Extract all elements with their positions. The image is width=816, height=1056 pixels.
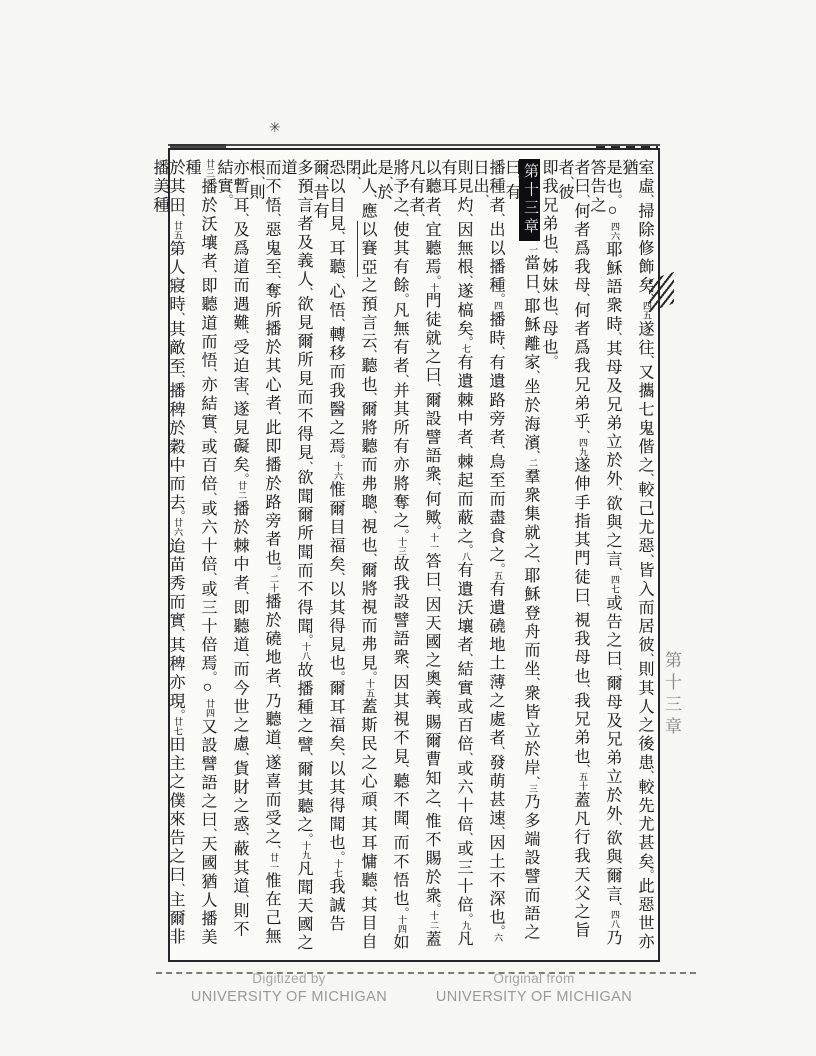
punctuation-mark: 。 bbox=[301, 833, 313, 839]
text-column-1: 室虛、掃除修飾矣、四五遂往、又攜七鬼偕之、較己尤惡、皆入而居彼、則其人之後患、較… bbox=[620, 159, 652, 953]
punctuation-mark: 、 bbox=[528, 776, 540, 782]
punctuation-mark: 。 bbox=[333, 454, 345, 460]
punctuation-mark: 、 bbox=[397, 213, 409, 219]
verse-number: 廿七 bbox=[173, 717, 183, 736]
punctuation-mark: 、 bbox=[642, 194, 654, 200]
verse-number: 廿六 bbox=[173, 518, 183, 537]
punctuation-mark: 、 bbox=[365, 888, 377, 894]
proper-name-mark: 以賽亞 bbox=[357, 221, 376, 277]
punctuation-mark: 。 bbox=[493, 293, 505, 299]
verse-number: 四七 bbox=[610, 575, 620, 594]
punctuation-mark: 。 bbox=[237, 473, 249, 479]
punctuation-mark: 、 bbox=[173, 883, 185, 889]
punctuation-mark: 。 bbox=[333, 671, 345, 677]
verse-number: 十四 bbox=[397, 915, 407, 934]
punctuation-mark: 、 bbox=[397, 826, 409, 832]
digitized-by-label: Digitized by bbox=[158, 971, 420, 986]
punctuation-mark: 。 bbox=[461, 336, 473, 342]
punctuation-mark: 、 bbox=[578, 764, 590, 770]
verse-number: 四九 bbox=[578, 438, 588, 457]
text-column-5: 第十三章一當日、耶穌離家、坐於海濱、二羣衆集就之、耶穌登舟而坐、衆皆立於岸、三乃… bbox=[503, 159, 540, 953]
verse-number: 廿一 bbox=[269, 853, 279, 872]
punctuation-mark: 。 bbox=[397, 907, 409, 913]
punctuation-mark: 、 bbox=[301, 287, 313, 293]
text-column-16: 於其田、廿五第人寢時、其敵至、播稗於穀中而去。廿六迨苗秀而實、其稗亦現。廿七田主… bbox=[151, 159, 183, 953]
punctuation-mark: 、 bbox=[493, 346, 505, 352]
punctuation-mark: 、 bbox=[333, 752, 345, 758]
verse-number: 七 bbox=[461, 344, 471, 354]
punctuation-mark: 、 bbox=[493, 445, 505, 451]
verse-number: 十五 bbox=[365, 679, 375, 698]
punctuation-mark: 、 bbox=[237, 213, 249, 219]
punctuation-mark: 、 bbox=[365, 808, 377, 814]
punctuation-mark: 。 bbox=[429, 903, 441, 909]
punctuation-mark: 、 bbox=[173, 628, 185, 634]
punctuation-mark: 、 bbox=[237, 591, 249, 597]
punctuation-mark: 、 bbox=[461, 213, 473, 219]
text-column-13: 而不悟、惡鬼至、奪所播於其心者、此即播於路旁者也。二十播於磽地者、乃聽道、遂喜而… bbox=[247, 159, 279, 953]
punctuation-mark: 、 bbox=[365, 510, 377, 516]
punctuation-mark: 、 bbox=[461, 275, 473, 281]
punctuation-mark: 、 bbox=[493, 826, 505, 832]
text-column-6: 播種者、出以播種。四播時、有遺路旁者、鳥至而盡食之。五有遺磽地土薄之處者、發萌甚… bbox=[471, 159, 503, 953]
punctuation-mark: 、 bbox=[461, 752, 473, 758]
punctuation-mark: 、 bbox=[610, 822, 622, 828]
verse-number: 十七 bbox=[333, 859, 343, 878]
punctuation-mark: 、 bbox=[642, 770, 654, 776]
punctuation-mark: 、 bbox=[578, 194, 590, 200]
punctuation-mark: 、 bbox=[528, 559, 540, 565]
punctuation-mark: 、 bbox=[397, 764, 409, 770]
punctuation-mark: 。 bbox=[546, 355, 558, 361]
footer-digitized-stamp: Digitized by UNIVERSITY OF MICHIGAN bbox=[158, 971, 420, 1005]
verse-number: 十九 bbox=[301, 841, 311, 860]
punctuation-mark: 、 bbox=[413, 213, 425, 219]
punctuation-mark: 、 bbox=[173, 312, 185, 318]
punctuation-mark: 、 bbox=[610, 332, 622, 338]
punctuation-mark: 、 bbox=[429, 482, 441, 488]
punctuation-mark: 、 bbox=[562, 176, 574, 182]
text-column-10: 此人、應以賽亞之預言云、聽也、爾將聽而弗聰、視也、爾將視而弗見。十五蓋斯民之心頑… bbox=[343, 159, 375, 953]
verse-number: 二 bbox=[528, 458, 538, 468]
punctuation-mark: 、 bbox=[333, 231, 345, 237]
punctuation-mark: 、 bbox=[429, 383, 441, 389]
punctuation-mark: 、 bbox=[546, 312, 558, 318]
punctuation-mark: 。 bbox=[610, 194, 622, 200]
punctuation-mark: 、 bbox=[205, 828, 217, 834]
original-from-label: Original from bbox=[408, 971, 660, 986]
punctuation-mark: 、 bbox=[173, 374, 185, 380]
punctuation-mark: 、 bbox=[642, 355, 654, 361]
text-columns: 室虛、掃除修飾矣、四五遂往、又攜七鬼偕之、較己尤惡、皆入而居彼、則其人之後患、較… bbox=[174, 159, 652, 953]
text-column-11: 恐以目見、耳聽、心悟、轉移而我醫之焉。十六惟爾目福矣、以其得見也。爾耳福矣、以其… bbox=[311, 159, 343, 953]
punctuation-mark: 。 bbox=[173, 709, 185, 715]
punctuation-mark: 、 bbox=[269, 275, 281, 281]
verse-number: 廿三 bbox=[205, 159, 215, 178]
punctuation-mark: 、 bbox=[269, 411, 281, 417]
punctuation-mark: 、 bbox=[642, 554, 654, 560]
verse-number: 十一 bbox=[429, 533, 439, 552]
punctuation-mark: 。 bbox=[429, 525, 441, 531]
punctuation-mark: 、 bbox=[578, 603, 590, 609]
punctuation-mark: 、 bbox=[205, 430, 217, 436]
footer-original-stamp: Original from UNIVERSITY OF MICHIGAN bbox=[408, 971, 660, 1005]
punctuation-mark: 、 bbox=[365, 553, 377, 559]
text-column-3: 者曰、何者爲我母、何者爲我兄弟乎、四九遂伸手指其門徒曰、視我母也、我兄弟也、五十… bbox=[556, 159, 588, 953]
punctuation-mark: 、 bbox=[509, 176, 521, 182]
punctuation-mark: 。 bbox=[205, 671, 217, 677]
verse-number: 二十 bbox=[269, 574, 279, 593]
punctuation-mark: 、 bbox=[253, 176, 265, 182]
text-column-9: 將予之、使其有餘。凡無有者、并其所有亦將奪之。十三故我設譬語衆、因其視不見、聽不… bbox=[375, 159, 407, 953]
punctuation-mark: 、 bbox=[333, 318, 345, 324]
punctuation-mark: 、 bbox=[578, 293, 590, 299]
punctuation-mark: 、 bbox=[173, 213, 185, 219]
punctuation-mark: 、 bbox=[493, 746, 505, 752]
punctuation-mark: 、 bbox=[269, 684, 281, 690]
punctuation-mark: 、 bbox=[461, 445, 473, 451]
verse-number: 十 bbox=[429, 283, 439, 293]
punctuation-mark: 。 bbox=[333, 851, 345, 857]
verse-number: 十三 bbox=[397, 537, 407, 556]
punctuation-mark: 。 bbox=[221, 194, 233, 200]
punctuation-mark: 、 bbox=[237, 894, 249, 900]
punctuation-mark: 、 bbox=[269, 845, 281, 851]
text-column-14: 亦暫耳、及爲道而遇難、受迫害、遂見礙矣。廿二播於棘中者、即聽道、而今世之慮、貨財… bbox=[215, 159, 247, 953]
text-column-4: 即我兄弟也、姊妹也、母也。 bbox=[540, 159, 556, 953]
punctuation-mark: 、 bbox=[205, 572, 217, 578]
punctuation-mark: 、 bbox=[610, 667, 622, 673]
digitized-by-institution: UNIVERSITY OF MICHIGAN bbox=[158, 989, 420, 1005]
verse-number: 六 bbox=[493, 933, 503, 943]
punctuation-mark: 、 bbox=[205, 368, 217, 374]
punctuation-mark: 、 bbox=[477, 194, 489, 200]
punctuation-mark: 、 bbox=[365, 392, 377, 398]
verse-number: 廿四 bbox=[205, 699, 215, 718]
punctuation-mark: 、 bbox=[269, 746, 281, 752]
verse-number: 五十 bbox=[578, 772, 588, 791]
frame-double-rule bbox=[168, 144, 660, 146]
punctuation-mark: 。 bbox=[429, 275, 441, 281]
text-column-12: 多預言者及義人、欲見爾所見而不得見、欲聞爾所聞而不得聞。十八故播種之譬、爾其聽之… bbox=[279, 159, 311, 953]
punctuation-mark: 、 bbox=[333, 275, 345, 281]
punctuation-mark: 、 bbox=[429, 705, 441, 711]
punctuation-mark: 、 bbox=[301, 461, 313, 467]
text-column-15: 廿三播於沃壤者、即聽道而悟、亦結實、或百倍、或六十倍、或三十倍焉。○廿四又設譬語… bbox=[183, 159, 215, 953]
punctuation-mark: 。 bbox=[173, 510, 185, 516]
punctuation-mark: 。 bbox=[461, 913, 473, 919]
punctuation-mark: 、 bbox=[528, 677, 540, 683]
verse-number: 廿五 bbox=[173, 221, 183, 240]
punctuation-mark: 、 bbox=[642, 653, 654, 659]
punctuation-mark: 、 bbox=[365, 349, 377, 355]
punctuation-mark: 、 bbox=[528, 370, 540, 376]
punctuation-mark: 、 bbox=[365, 194, 377, 200]
punctuation-mark: 、 bbox=[429, 588, 441, 594]
punctuation-mark: 、 bbox=[397, 665, 409, 671]
punctuation-mark: 。 bbox=[269, 566, 281, 572]
punctuation-mark: 、 bbox=[397, 374, 409, 380]
page-ornament-asterisk: ✳ bbox=[269, 120, 281, 136]
punctuation-mark: 、 bbox=[546, 250, 558, 256]
punctuation-mark: 。 bbox=[397, 529, 409, 535]
verse-number: 四 bbox=[493, 301, 503, 311]
punctuation-mark: 。 bbox=[642, 869, 654, 875]
verse-number: 一 bbox=[528, 245, 538, 255]
punctuation-mark: 。 bbox=[493, 563, 505, 569]
verse-number: 九 bbox=[461, 921, 471, 931]
punctuation-mark: 、 bbox=[349, 176, 361, 182]
verse-number: 四六 bbox=[610, 222, 620, 241]
punctuation-mark: 、 bbox=[610, 567, 622, 573]
verse-number: 八 bbox=[461, 552, 471, 562]
verse-number: 十六 bbox=[333, 462, 343, 481]
punctuation-mark: 、 bbox=[528, 290, 540, 296]
punctuation-mark: 、 bbox=[429, 213, 441, 219]
punctuation-mark: 。 bbox=[397, 293, 409, 299]
punctuation-mark: 、 bbox=[429, 804, 441, 810]
punctuation-mark: 、 bbox=[461, 832, 473, 838]
verse-number: 五 bbox=[493, 571, 503, 581]
punctuation-mark: 、 bbox=[528, 450, 540, 456]
punctuation-mark: 、 bbox=[237, 330, 249, 336]
punctuation-mark: 、 bbox=[461, 653, 473, 659]
punctuation-mark: 、 bbox=[205, 492, 217, 498]
verse-number: 三 bbox=[528, 784, 538, 794]
text-column-8: 以聽者、宜聽焉。十門徒就之曰、爾設譬語衆、何歟。十一答曰、因天國之奧義、賜爾曹知… bbox=[407, 159, 439, 953]
punctuation-mark: 、 bbox=[610, 487, 622, 493]
verse-number: 十二 bbox=[429, 911, 439, 930]
punctuation-mark: 、 bbox=[493, 213, 505, 219]
punctuation-mark: 。 bbox=[365, 671, 377, 677]
verse-number: 四八 bbox=[610, 910, 620, 929]
punctuation-mark: 、 bbox=[237, 653, 249, 659]
punctuation-mark: 、 bbox=[578, 430, 590, 436]
text-column-7: 則見灼、因無根、遂槁矣。七有遺棘中者、棘起而蔽之。八有遺沃壤者、結實或百倍、或六… bbox=[439, 159, 471, 953]
original-from-institution: UNIVERSITY OF MICHIGAN bbox=[408, 989, 660, 1005]
punctuation-mark: 、 bbox=[269, 213, 281, 219]
punctuation-mark: 、 bbox=[317, 176, 329, 182]
punctuation-mark: 、 bbox=[578, 684, 590, 690]
verse-number: 十八 bbox=[301, 642, 311, 661]
chapter-heading-box: 第十三章 bbox=[519, 159, 540, 241]
punctuation-mark: 、 bbox=[642, 473, 654, 479]
text-column-2: 是也。○四六耶穌語衆時、其母及兄弟立於外、欲與之言、四七或告之曰、爾母及兄弟立於… bbox=[588, 159, 620, 953]
punctuation-mark: 、 bbox=[381, 176, 393, 182]
punctuation-mark: 。 bbox=[493, 925, 505, 931]
margin-chapter-label: 第十三章 bbox=[660, 651, 684, 761]
punctuation-mark: 、 bbox=[237, 752, 249, 758]
text-frame: 室虛、掃除修飾矣、四五遂往、又攜七鬼偕之、較己尤惡、皆入而居彼、則其人之後患、較… bbox=[168, 148, 660, 962]
punctuation-mark: 。 bbox=[461, 544, 473, 550]
punctuation-mark: 、 bbox=[205, 269, 217, 275]
punctuation-mark: 、 bbox=[333, 572, 345, 578]
verse-number: 廿二 bbox=[237, 481, 247, 500]
punctuation-mark: 、 bbox=[237, 392, 249, 398]
scanned-book-page: { "page": { "kind": "scanned classical C… bbox=[0, 0, 816, 1056]
punctuation-mark: 。 bbox=[301, 634, 313, 640]
punctuation-mark: 、 bbox=[237, 832, 249, 838]
punctuation-mark: 、 bbox=[610, 902, 622, 908]
punctuation-mark: 、 bbox=[301, 752, 313, 758]
